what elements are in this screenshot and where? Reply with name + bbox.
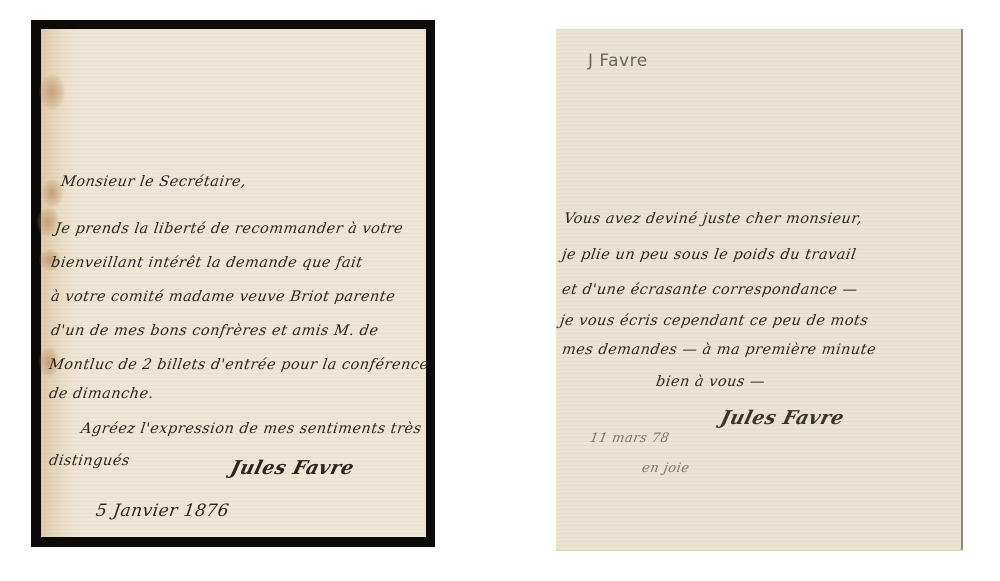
letter-closing-line: distingués — [48, 453, 131, 469]
letter-body-line: de dimanche. — [48, 386, 155, 402]
left-letter-paper: Monsieur le Secrétaire, Je prends la lib… — [41, 29, 426, 537]
letter-closing-line: Agréez l'expression de mes sentiments tr… — [80, 421, 423, 437]
left-letter-date: 5 Janvier 1876 — [95, 501, 231, 521]
letter-body-line: Vous avez deviné juste cher monsieur, — [563, 211, 864, 227]
left-letter-signature: Jules Favre — [228, 457, 356, 479]
date-note-second-line: en joie — [641, 461, 691, 476]
letter-body-line: Montluc de 2 billets d'entrée pour la co… — [48, 357, 430, 373]
date-note: 11 mars 78 — [589, 431, 671, 446]
right-letter-paper: J Favre Vous avez deviné juste cher mons… — [556, 29, 963, 550]
letter-body-line: d'un de mes bons confrères et amis M. de — [50, 323, 380, 339]
letter-salutation: Monsieur le Secrétaire, — [60, 174, 247, 190]
letter-body-line: je vous écris cependant ce peu de mots — [559, 313, 870, 329]
rust-stain — [41, 179, 63, 207]
letter-body-line: à votre comité madame veuve Briot parent… — [50, 289, 396, 305]
rust-stain — [39, 74, 65, 110]
pencil-annotation: J Favre — [588, 51, 648, 71]
letter-body-line: je plie un peu sous le poids du travail — [561, 247, 857, 263]
letter-body-line: et d'une écrasante correspondance — — [561, 282, 859, 298]
letter-body-line: bienveillant intérêt la demande que fait — [50, 255, 364, 271]
letter-body-line: Je prends la liberté de recommander à vo… — [54, 221, 404, 237]
letter-body-line: bien à vous — — [655, 374, 766, 390]
letter-body-line: mes demandes — à ma première minute — [561, 342, 877, 358]
right-letter-signature: Jules Favre — [718, 407, 846, 429]
